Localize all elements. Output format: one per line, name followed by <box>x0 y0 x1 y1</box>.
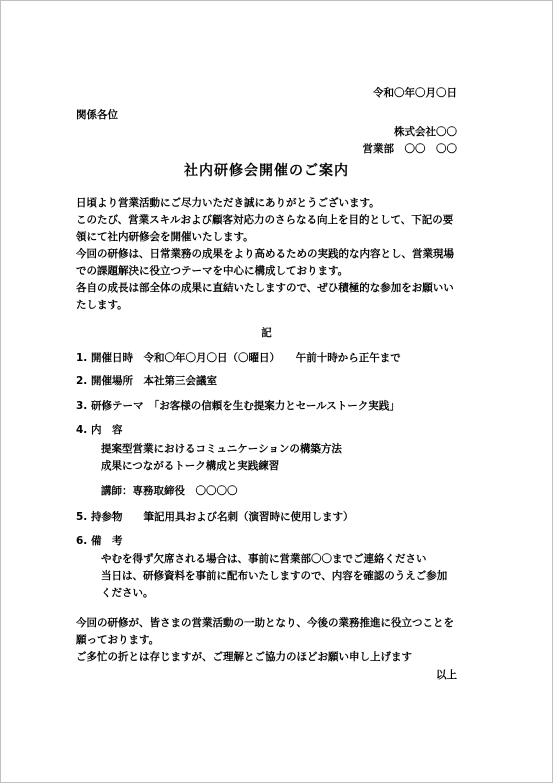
list-item: 2. 開催場所 本社第三会議室 <box>76 373 457 390</box>
intro-paragraph: 日頃より営業活動にご尽力いただき誠にありがとうございます。 <box>76 195 457 212</box>
closing-paragraph: ご多忙の折とは存じますが、ご理解とご協力のほどお願い申し上げます <box>76 649 457 666</box>
sender-company: 株式会社〇〇 <box>76 124 457 141</box>
list-item-subline: 当日は、研修資料を事前に配布いたしますので、内容を確認のうえご参加ください。 <box>101 568 457 602</box>
closing-paragraph: 今回の研修が、皆さまの営業活動の一助となり、今後の業務推進に役立つことを願ってお… <box>76 615 457 649</box>
intro-paragraphs: 日頃より営業活動にご尽力いただき誠にありがとうございます。 このたび、営業スキル… <box>76 195 457 314</box>
list-item: 5. 持参物 筆記用具および名刺（演習時に使用します） <box>76 509 457 526</box>
closing-paragraphs: 今回の研修が、皆さまの営業活動の一助となり、今後の業務推進に役立つことを願ってお… <box>76 615 457 666</box>
list-item-number: 2. <box>76 373 91 390</box>
intro-paragraph: このたび、営業スキルおよび顧客対応力のさらなる向上を目的として、下記の要領にて社… <box>76 212 457 246</box>
end-marker: 以上 <box>76 667 457 684</box>
list-item-text: 開催場所 本社第三会議室 <box>91 373 457 390</box>
list-item-subline: 成果につながるトーク構成と実践練習 <box>101 458 457 475</box>
list-item-number: 3. <box>76 398 91 415</box>
list-item-text: 備 考 <box>91 533 457 550</box>
sender-person: 営業部 〇〇 〇〇 <box>76 141 457 158</box>
list-item-text: 開催日時 令和〇年〇月〇日（〇曜日） 午前十時から正午まで <box>91 350 457 367</box>
list-item-text: 持参物 筆記用具および名刺（演習時に使用します） <box>91 509 457 526</box>
list-item-number: 4. <box>76 422 91 439</box>
list-item: 4. 内 容 <box>76 422 457 439</box>
document-title: 社内研修会開催のご案内 <box>76 161 457 181</box>
list-item-subline: 提案型営業におけるコミュニケーションの構築方法 <box>101 441 457 458</box>
list-item: 3. 研修テーマ 「お客様の信頼を生む提案力とセールストーク実践」 <box>76 398 457 415</box>
intro-paragraph: 今回の研修は、日常業務の成果をより高めるための実践的な内容とし、営業現場での課題… <box>76 246 457 280</box>
list-item-number: 1. <box>76 350 91 367</box>
document-date: 令和〇年〇月〇日 <box>76 85 457 102</box>
list-item-number: 6. <box>76 533 91 550</box>
list-item: 1. 開催日時 令和〇年〇月〇日（〇曜日） 午前十時から正午まで <box>76 350 457 367</box>
list-item: 6. 備 考 <box>76 533 457 550</box>
list-item-text: 研修テーマ 「お客様の信頼を生む提案力とセールストーク実践」 <box>91 398 457 415</box>
record-marker: 記 <box>76 325 457 342</box>
document-page: 令和〇年〇月〇日 関係各位 株式会社〇〇 営業部 〇〇 〇〇 社内研修会開催のご… <box>0 0 553 783</box>
lecturer-line: 講師：専務取締役 〇〇〇〇 <box>101 483 457 500</box>
list-item-subline: やむを得ず欠席される場合は、事前に営業部〇〇までご連絡ください <box>101 551 457 568</box>
list-item-text: 内 容 <box>91 422 457 439</box>
intro-paragraph: 各自の成長は部全体の成果に直結いたしますので、ぜひ積極的な参加をお願いいたします… <box>76 280 457 314</box>
list-item-number: 5. <box>76 509 91 526</box>
recipient-line: 関係各位 <box>76 107 457 124</box>
agenda-list: 1. 開催日時 令和〇年〇月〇日（〇曜日） 午前十時から正午まで 2. 開催場所… <box>76 350 457 602</box>
